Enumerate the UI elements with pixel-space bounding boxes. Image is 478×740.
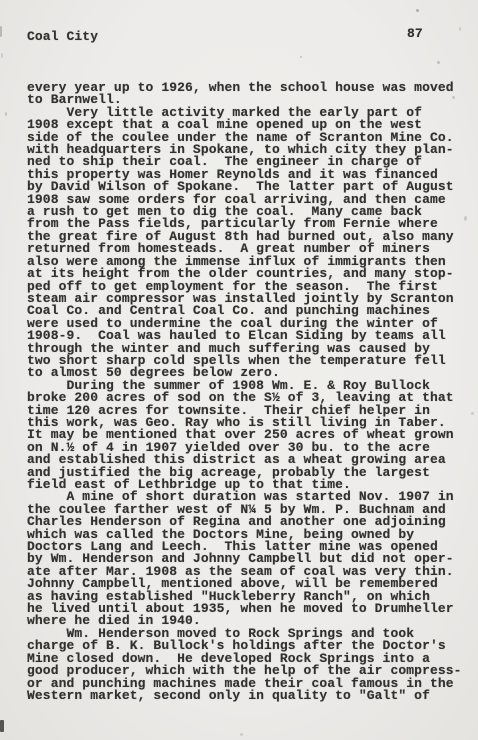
scan-speck bbox=[300, 56, 302, 58]
scan-speck bbox=[459, 27, 461, 31]
scan-speck bbox=[0, 26, 2, 37]
text-lines: every year up to 1926, when the school h… bbox=[27, 82, 468, 702]
scan-speck bbox=[5, 112, 7, 116]
page-header: Coal City 87 bbox=[0, 29, 478, 45]
text-line: Western market, second only in quality t… bbox=[27, 690, 468, 702]
page-number: 87 bbox=[407, 26, 423, 41]
running-title: Coal City bbox=[27, 29, 98, 44]
scan-speck bbox=[0, 720, 4, 732]
scan-speck bbox=[464, 216, 467, 221]
scan-speck bbox=[452, 96, 455, 99]
scan-speck bbox=[437, 61, 440, 64]
scan-speck bbox=[416, 9, 419, 12]
scan-speck bbox=[240, 733, 243, 736]
scan-speck bbox=[1, 53, 3, 58]
scanned-page: Coal City 87 every year up to 1926, when… bbox=[0, 0, 478, 740]
scan-speck bbox=[471, 412, 474, 415]
